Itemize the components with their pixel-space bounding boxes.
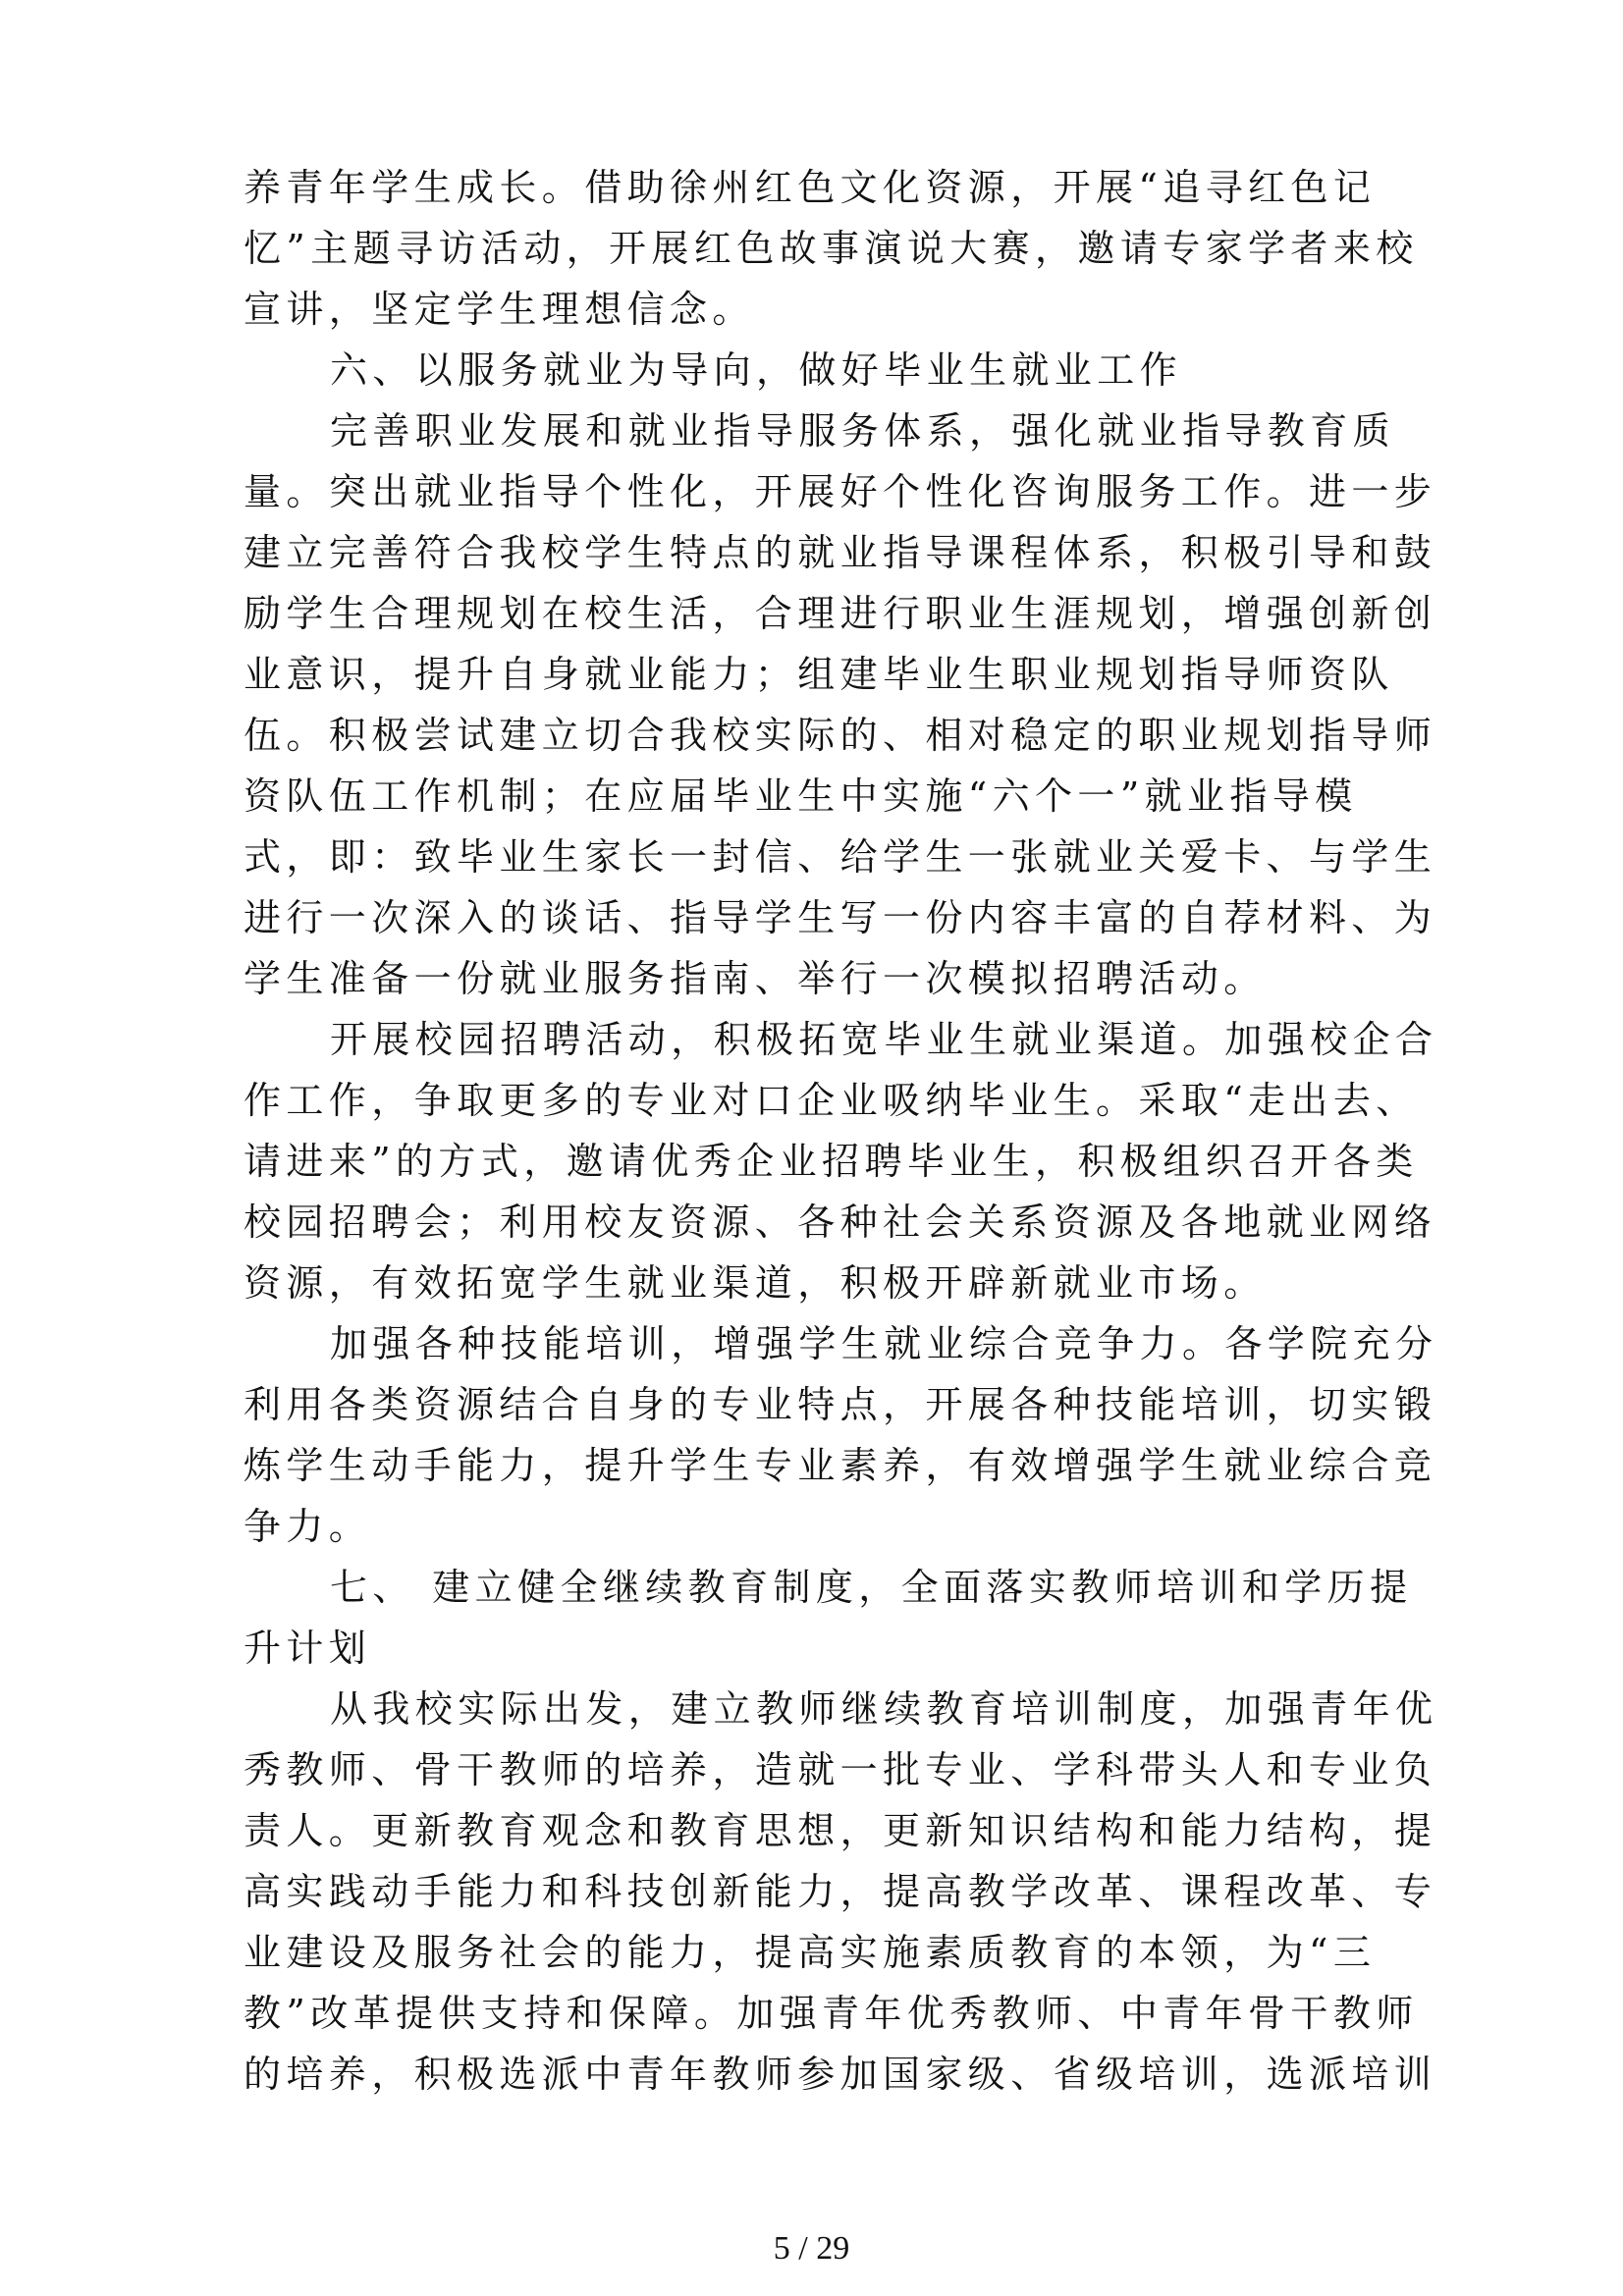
text-line: 加强各种技能培训，增强学生就业综合竞争力。各学院充分 bbox=[243, 1313, 1408, 1374]
text-line: 完善职业发展和就业指导服务体系，强化就业指导教育质 bbox=[243, 400, 1408, 461]
document-page: 养青年学生成长。借助徐州红色文化资源，开展“追寻红色记 忆”主题寻访活动，开展红… bbox=[0, 0, 1623, 2296]
paragraph-continued: 养青年学生成长。借助徐州红色文化资源，开展“追寻红色记 忆”主题寻访活动，开展红… bbox=[243, 157, 1408, 340]
text-line: 炼学生动手能力，提升学生专业素养，有效增强学生就业综合竞 bbox=[243, 1435, 1408, 1496]
text-line: 请进来”的方式，邀请优秀企业招聘毕业生，积极组织召开各类 bbox=[243, 1131, 1408, 1192]
text-line: 的培养，积极选派中青年教师参加国家级、省级培训，选派培训 bbox=[243, 2044, 1408, 2105]
text-line: 资源，有效拓宽学生就业渠道，积极开辟新就业市场。 bbox=[243, 1253, 1408, 1313]
text-line: 秀教师、骨干教师的培养，造就一批专业、学科带头人和专业负 bbox=[243, 1739, 1408, 1800]
heading-line: 六、以服务就业为导向，做好毕业生就业工作 bbox=[243, 340, 1408, 400]
section-heading-6: 六、以服务就业为导向，做好毕业生就业工作 bbox=[243, 340, 1408, 400]
text-line: 量。突出就业指导个性化，开展好个性化咨询服务工作。进一步 bbox=[243, 461, 1408, 522]
text-line: 业建设及服务社会的能力，提高实施素质教育的本领，为“三 bbox=[243, 1922, 1408, 1983]
text-line: 利用各类资源结合自身的专业特点，开展各种技能培训，切实锻 bbox=[243, 1374, 1408, 1435]
paragraph-skills-training: 加强各种技能培训，增强学生就业综合竞争力。各学院充分 利用各类资源结合自身的专业… bbox=[243, 1313, 1408, 1557]
page-number: 5 / 29 bbox=[0, 2230, 1623, 2268]
text-line: 从我校实际出发，建立教师继续教育培训制度，加强青年优 bbox=[243, 1679, 1408, 1739]
section-heading-7: 七、 建立健全继续教育制度，全面落实教师培训和学历提 升计划 bbox=[243, 1557, 1408, 1679]
paragraph-teacher-training: 从我校实际出发，建立教师继续教育培训制度，加强青年优 秀教师、骨干教师的培养，造… bbox=[243, 1679, 1408, 2105]
text-line: 学生准备一份就业服务指南、举行一次模拟招聘活动。 bbox=[243, 948, 1408, 1009]
text-line: 校园招聘会；利用校友资源、各种社会关系资源及各地就业网络 bbox=[243, 1192, 1408, 1253]
text-line: 进行一次深入的谈话、指导学生写一份内容丰富的自荐材料、为 bbox=[243, 887, 1408, 948]
text-line: 教”改革提供支持和保障。加强青年优秀教师、中青年骨干教师 bbox=[243, 1983, 1408, 2044]
text-line: 业意识，提升自身就业能力；组建毕业生职业规划指导师资队 bbox=[243, 644, 1408, 705]
text-line: 养青年学生成长。借助徐州红色文化资源，开展“追寻红色记 bbox=[243, 157, 1408, 218]
text-line: 开展校园招聘活动，积极拓宽毕业生就业渠道。加强校企合 bbox=[243, 1009, 1408, 1070]
text-line: 作工作，争取更多的专业对口企业吸纳毕业生。采取“走出去、 bbox=[243, 1070, 1408, 1131]
text-line: 高实践动手能力和科技创新能力，提高教学改革、课程改革、专 bbox=[243, 1861, 1408, 1922]
document-body: 养青年学生成长。借助徐州红色文化资源，开展“追寻红色记 忆”主题寻访活动，开展红… bbox=[243, 157, 1408, 2105]
text-line: 伍。积极尝试建立切合我校实际的、相对稳定的职业规划指导师 bbox=[243, 705, 1408, 766]
text-line: 建立完善符合我校学生特点的就业指导课程体系，积极引导和鼓 bbox=[243, 522, 1408, 583]
text-line: 式，即：致毕业生家长一封信、给学生一张就业关爱卡、与学生 bbox=[243, 827, 1408, 887]
text-line: 忆”主题寻访活动，开展红色故事演说大赛，邀请专家学者来校 bbox=[243, 218, 1408, 279]
text-line: 励学生合理规划在校生活，合理进行职业生涯规划，增强创新创 bbox=[243, 583, 1408, 644]
paragraph-campus-recruitment: 开展校园招聘活动，积极拓宽毕业生就业渠道。加强校企合 作工作，争取更多的专业对口… bbox=[243, 1009, 1408, 1313]
text-line: 宣讲，坚定学生理想信念。 bbox=[243, 279, 1408, 340]
text-line: 争力。 bbox=[243, 1496, 1408, 1557]
text-line: 责人。更新教育观念和教育思想，更新知识结构和能力结构，提 bbox=[243, 1800, 1408, 1861]
text-line: 资队伍工作机制；在应届毕业生中实施“六个一”就业指导模 bbox=[243, 766, 1408, 827]
paragraph-career-guidance: 完善职业发展和就业指导服务体系，强化就业指导教育质 量。突出就业指导个性化，开展… bbox=[243, 400, 1408, 1009]
heading-line: 升计划 bbox=[243, 1618, 1408, 1679]
heading-line: 七、 建立健全继续教育制度，全面落实教师培训和学历提 bbox=[243, 1557, 1408, 1618]
